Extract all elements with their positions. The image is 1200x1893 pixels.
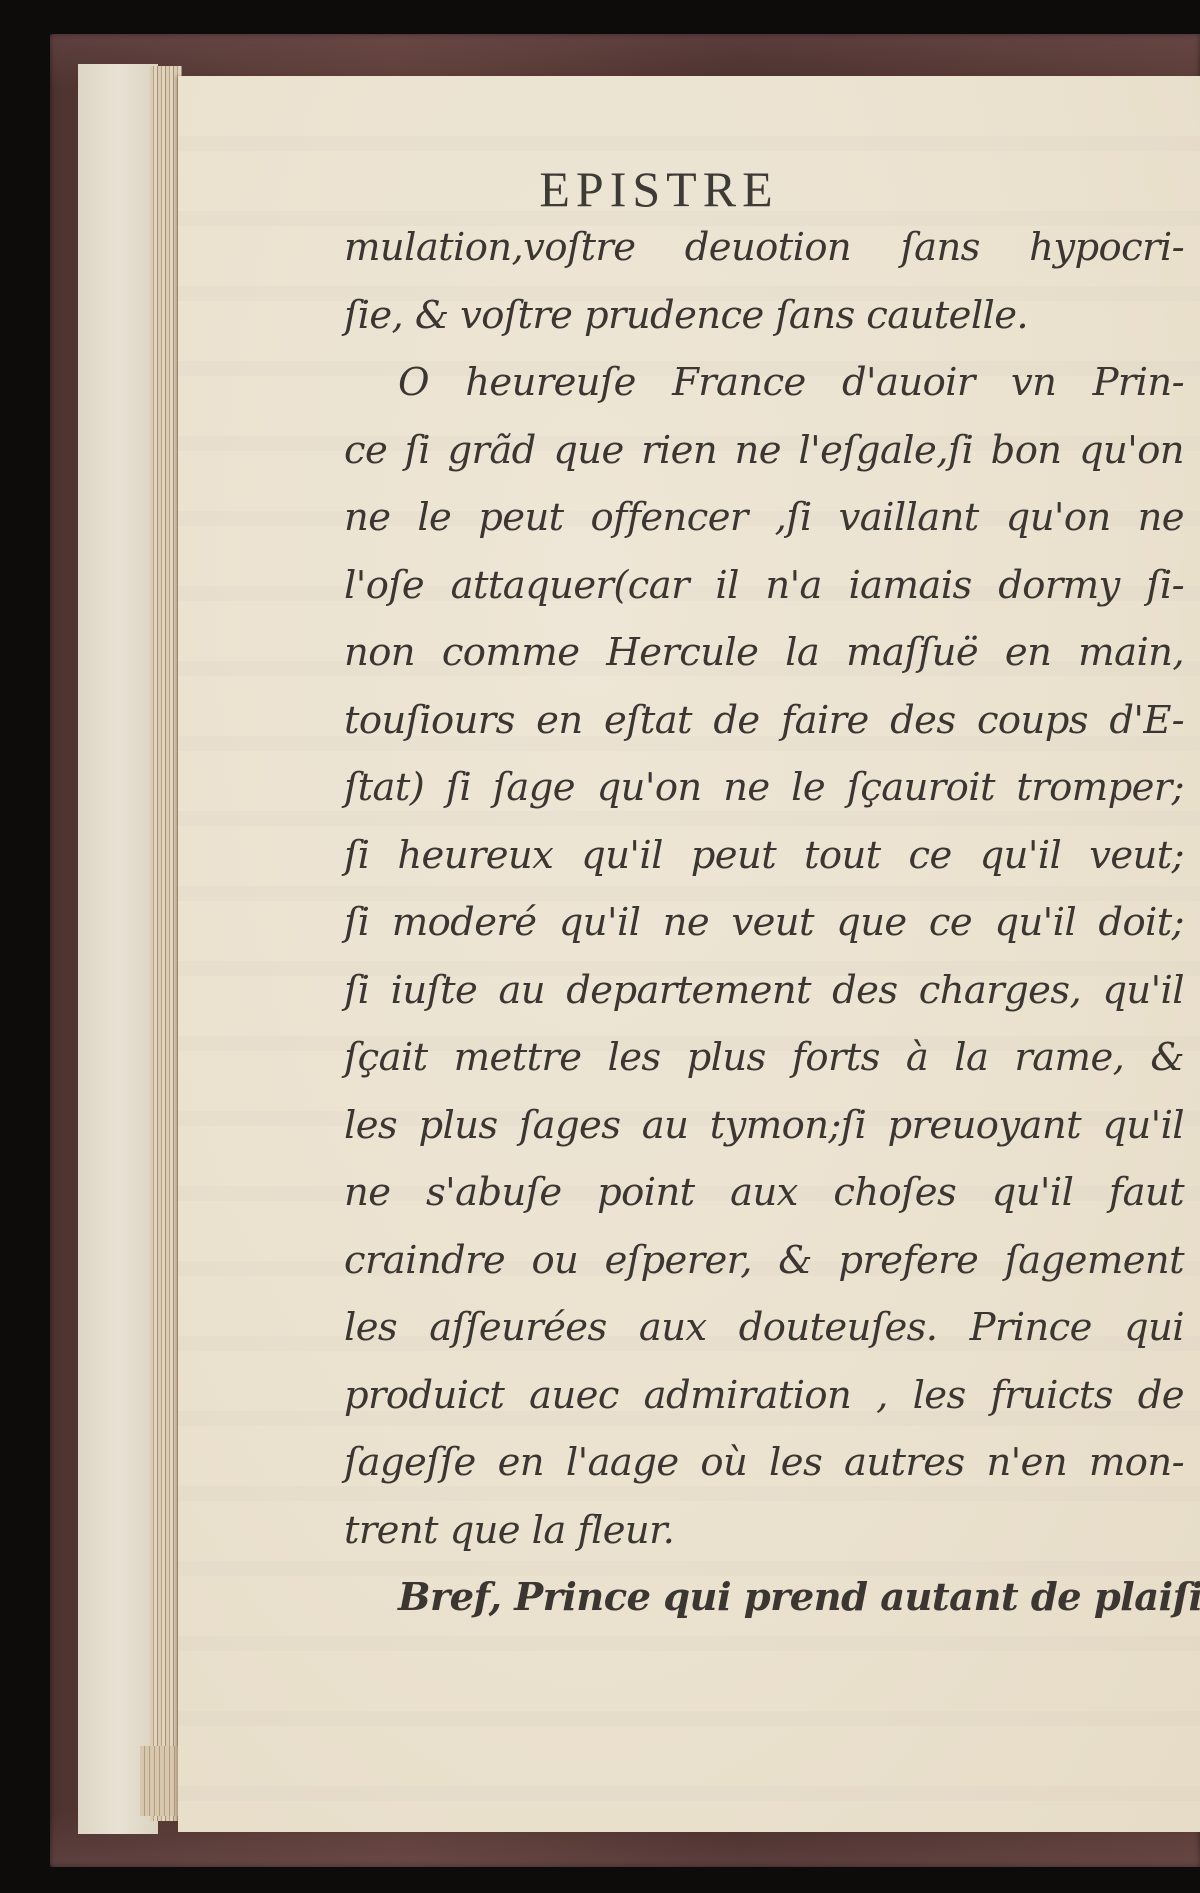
- body-text: mulation,voſtre deuotion ſans hypocri- ſ…: [344, 214, 1184, 1632]
- text-line: trent que la fleur.: [344, 1497, 1184, 1565]
- text-line: ſçait mettre les plus forts à la rame, &: [344, 1024, 1184, 1092]
- text-line: ce ſi grãd que rien ne l'eſgale,ſi bon q…: [344, 417, 1184, 485]
- text-line: craindre ou eſperer, & prefere ſagement: [344, 1227, 1184, 1295]
- text-line: ſageſſe en l'aage où les autres n'en mon…: [344, 1429, 1184, 1497]
- text-line: ne s'abuſe point aux choſes qu'il faut: [344, 1159, 1184, 1227]
- text-line: produict auec admiration , les fruicts d…: [344, 1362, 1184, 1430]
- text-line: les plus ſages au tymon;ſi preuoyant qu'…: [344, 1092, 1184, 1160]
- text-line: ſtat) ſi ſage qu'on ne le ſçauroit tromp…: [344, 754, 1184, 822]
- text-line: Bref, Prince qui prend autant de plaiſir: [344, 1564, 1184, 1632]
- text-line: les aſſeurées aux douteuſes. Prince qui: [344, 1294, 1184, 1362]
- text-line: mulation,voſtre deuotion ſans hypocri-: [344, 214, 1184, 282]
- flyleaf-strip: [78, 64, 158, 1834]
- text-line: l'oſe attaquer(car il n'a iamais dormy ſ…: [344, 552, 1184, 620]
- book-page: EPISTRE mulation,voſtre deuotion ſans hy…: [178, 76, 1200, 1832]
- running-head: EPISTRE: [178, 160, 1200, 218]
- text-line: touſiours en eſtat de faire des coups d'…: [344, 687, 1184, 755]
- text-line: O heureuſe France d'auoir vn Prin-: [344, 349, 1184, 417]
- text-line: ſi heureux qu'il peut tout ce qu'il veut…: [344, 822, 1184, 890]
- text-line: ſi iuſte au departement des charges, qu'…: [344, 957, 1184, 1025]
- text-line: ſie, & voſtre prudence ſans cautelle.: [344, 282, 1184, 350]
- text-line: ne le peut offencer ,ſi vaillant qu'on n…: [344, 484, 1184, 552]
- text-line: ſi moderé qu'il ne veut que ce qu'il doi…: [344, 889, 1184, 957]
- text-line: non comme Hercule la maſſuë en main,: [344, 619, 1184, 687]
